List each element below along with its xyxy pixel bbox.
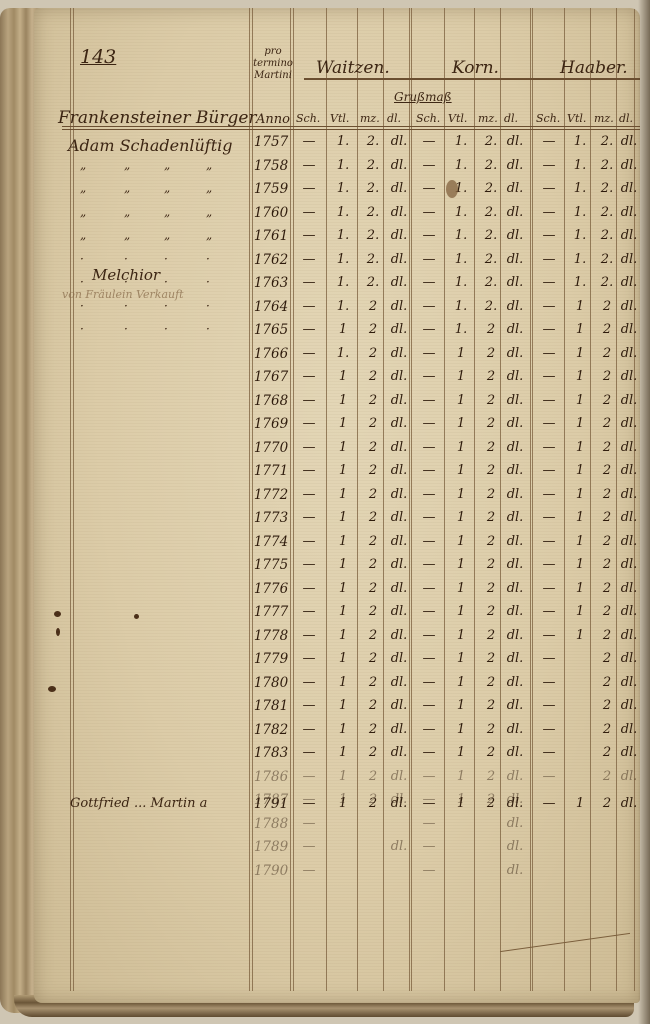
cell-k-1: 1.	[448, 299, 474, 314]
final-cell-w-0: —	[296, 796, 322, 811]
cell-k-1: 1	[448, 675, 474, 690]
cell-k-1: 1	[448, 745, 474, 760]
cell-w-2: 2	[360, 393, 386, 408]
cell-k-1: 1	[448, 346, 474, 361]
cell-w-3: dl.	[386, 534, 412, 549]
final-cell-h-0: —	[536, 796, 562, 811]
cell-h-0: —	[536, 651, 562, 666]
year-cell: 1771	[252, 463, 290, 479]
ledger-row: 1758—1.2.dl.—1.2.dl.—1.2.dl.	[34, 158, 640, 182]
cell-k-0: —	[416, 651, 442, 666]
cell-w-3: dl.	[386, 158, 412, 173]
cell-w-1: 1	[330, 416, 356, 431]
cell-w-0: —	[296, 228, 322, 243]
cell-k-0: —	[416, 722, 442, 737]
cell-h-1: 1	[567, 369, 593, 384]
cell-h-1: 1.	[567, 205, 593, 220]
final-cell-w-3: dl.	[386, 796, 412, 811]
cell-k-0: —	[416, 745, 442, 760]
cell-w-0: —	[296, 510, 322, 525]
cell-h-1: 1.	[567, 275, 593, 290]
cell-h-3: dl.	[616, 228, 640, 243]
cell-k-2: 2.	[478, 158, 504, 173]
stain	[446, 180, 458, 198]
cell-w-1: 1	[330, 769, 356, 784]
cell-w-1: 1	[330, 463, 356, 478]
cell-w-2: 2	[360, 346, 386, 361]
cell-w-0: —	[296, 416, 322, 431]
cell-w-0: —	[296, 557, 322, 572]
ink-blot	[48, 686, 56, 692]
cell-k-3: dl.	[502, 134, 528, 149]
cell-h-3: dl.	[616, 322, 640, 337]
cell-k-2: 2	[478, 557, 504, 572]
cell-w-0: —	[296, 463, 322, 478]
cell-w-2: 2	[360, 769, 386, 784]
cell-h-0: —	[536, 322, 562, 337]
cell-h-3: dl.	[616, 275, 640, 290]
cell-w-0: —	[296, 675, 322, 690]
cell-k-0: —	[416, 346, 442, 361]
cell-h-3: dl.	[616, 628, 640, 643]
cell-k-0: —	[416, 534, 442, 549]
cell-h-0: —	[536, 534, 562, 549]
cell-w-1: 1.	[330, 346, 356, 361]
cell-w-3: dl.	[386, 181, 412, 196]
ledger-row: 1759—1.2.dl.—1.2.dl.—1.2.dl.	[34, 181, 640, 205]
cell-w-0: —	[296, 651, 322, 666]
cell-h-3: dl.	[616, 134, 640, 149]
cell-w-3: dl.	[386, 745, 412, 760]
cell-k-1: 1	[448, 440, 474, 455]
cell-k-2: 2	[478, 346, 504, 361]
ledger-row: 1790——dl.	[34, 863, 640, 887]
cell-w-2: 2	[360, 557, 386, 572]
cell-w-3: dl.	[386, 463, 412, 478]
ledger-row: 1762—1.2.dl.—1.2.dl.—1.2.dl.	[34, 252, 640, 276]
cell-k-3: dl.	[502, 252, 528, 267]
cell-k-2: 2	[478, 769, 504, 784]
cell-k-1: 1	[448, 369, 474, 384]
cell-k-3: dl.	[502, 487, 528, 502]
final-cell-k-3: dl.	[502, 796, 528, 811]
cell-h-3: dl.	[616, 534, 640, 549]
cell-w-3: dl.	[386, 393, 412, 408]
subheader-underline	[62, 129, 640, 130]
cell-k-0: —	[416, 205, 442, 220]
cell-w-2: 2.	[360, 205, 386, 220]
ledger-row: 1767—12dl.—12dl.—12dl.	[34, 369, 640, 393]
cell-h-0: —	[536, 440, 562, 455]
cell-k-0: —	[416, 698, 442, 713]
cell-h-3: dl.	[616, 769, 640, 784]
cell-k-1: 1.	[448, 134, 474, 149]
cell-w-1: 1.	[330, 205, 356, 220]
ledger-row: 1775—12dl.—12dl.—12dl.	[34, 557, 640, 581]
cell-k-2: 2	[478, 463, 504, 478]
year-cell: 1763	[252, 275, 290, 291]
year-cell: 1759	[252, 181, 290, 197]
year-cell: 1780	[252, 675, 290, 691]
cell-h-1: 1.	[567, 158, 593, 173]
cell-w-3: dl.	[386, 510, 412, 525]
cell-h-0: —	[536, 745, 562, 760]
cell-k-0: —	[416, 322, 442, 337]
cell-h-0: —	[536, 181, 562, 196]
cell-w-2: 2	[360, 745, 386, 760]
cell-w-1: 1	[330, 628, 356, 643]
cell-h-0: —	[536, 722, 562, 737]
year-cell: 1773	[252, 510, 290, 526]
cell-k-2: 2.	[478, 299, 504, 314]
cell-k-0: —	[416, 299, 442, 314]
cell-h-3: dl.	[616, 698, 640, 713]
cell-k-2: 2	[478, 534, 504, 549]
cell-k-2: 2	[478, 745, 504, 760]
cell-k-2: 2.	[478, 228, 504, 243]
cell-h-0: —	[536, 769, 562, 784]
cell-h-1: 1	[567, 557, 593, 572]
cell-h-0: —	[536, 557, 562, 572]
ledger-row: 1781—12dl.—12dl.—2dl.	[34, 698, 640, 722]
ledger-row: 1774—12dl.—12dl.—12dl.	[34, 534, 640, 558]
cell-k-3: dl.	[502, 745, 528, 760]
year-cell: 1772	[252, 487, 290, 503]
cell-w-2: 2	[360, 463, 386, 478]
subcol-h-sch: Sch.	[536, 112, 560, 125]
cell-w-1: 1.	[330, 299, 356, 314]
year-cell: 1758	[252, 158, 290, 174]
cell-k-1: 1.	[448, 205, 474, 220]
cell-w-0: —	[296, 581, 322, 596]
cell-h-1: 1	[567, 510, 593, 525]
cell-w-3: dl.	[386, 604, 412, 619]
cell-k-0: —	[416, 604, 442, 619]
cell-w-2: 2	[360, 299, 386, 314]
cell-h-0: —	[536, 628, 562, 643]
cell-k-1: 1	[448, 534, 474, 549]
cell-h-1: 1	[567, 393, 593, 408]
cell-k-0: —	[416, 416, 442, 431]
cell-h-0: —	[536, 510, 562, 525]
year-cell: 1766	[252, 346, 290, 362]
cell-k-0: —	[416, 863, 442, 878]
ink-blot	[54, 611, 61, 617]
ledger-row: 1766—1.2dl.—12dl.—12dl.	[34, 346, 640, 370]
cell-w-2: 2.	[360, 275, 386, 290]
cell-k-2: 2	[478, 510, 504, 525]
ledger-row-final: 1791—12dl.—12dl.—12dl.	[34, 796, 640, 820]
ledger-row: 1789—dl.—dl.	[34, 839, 640, 863]
cell-h-0: —	[536, 604, 562, 619]
cell-k-0: —	[416, 393, 442, 408]
cell-k-2: 2.	[478, 275, 504, 290]
cell-k-0: —	[416, 181, 442, 196]
cell-w-3: dl.	[386, 322, 412, 337]
final-cell-h-1: 1	[567, 796, 593, 811]
measure-note: Grußmaß	[394, 90, 452, 104]
cell-w-1: 1.	[330, 134, 356, 149]
cell-w-0: —	[296, 322, 322, 337]
cell-w-3: dl.	[386, 275, 412, 290]
cell-w-2: 2	[360, 581, 386, 596]
cell-k-3: dl.	[502, 369, 528, 384]
final-cell-k-1: 1	[448, 796, 474, 811]
cell-k-1: 1.	[448, 252, 474, 267]
cell-k-0: —	[416, 228, 442, 243]
year-cell: 1764	[252, 299, 290, 315]
cell-w-0: —	[296, 745, 322, 760]
cell-h-3: dl.	[616, 604, 640, 619]
year-cell: 1782	[252, 722, 290, 738]
cell-k-2: 2	[478, 581, 504, 596]
cell-w-2: 2.	[360, 228, 386, 243]
group-header-wheat: Waitzen.	[316, 58, 390, 78]
ledger-row: 1779—12dl.—12dl.—2dl.	[34, 651, 640, 675]
cell-w-2: 2.	[360, 181, 386, 196]
cell-w-3: dl.	[386, 651, 412, 666]
cell-w-2: 2	[360, 534, 386, 549]
cell-k-1: 1	[448, 581, 474, 596]
cell-w-3: dl.	[386, 416, 412, 431]
ledger-row: 1769—12dl.—12dl.—12dl.	[34, 416, 640, 440]
cell-w-0: —	[296, 181, 322, 196]
cell-h-3: dl.	[616, 416, 640, 431]
cell-w-1: 1	[330, 534, 356, 549]
group-header-rye: Korn.	[452, 58, 499, 78]
cell-k-1: 1	[448, 557, 474, 572]
cell-k-2: 2	[478, 416, 504, 431]
cell-w-0: —	[296, 534, 322, 549]
year-cell: 1776	[252, 581, 290, 597]
cell-h-3: dl.	[616, 440, 640, 455]
cell-k-0: —	[416, 557, 442, 572]
subcol-k-vtl: Vtl.	[448, 112, 467, 125]
cell-h-1: 1	[567, 346, 593, 361]
year-cell: 1791	[252, 796, 290, 812]
cell-k-1: 1.	[448, 322, 474, 337]
subcol-k-dl: dl.	[504, 112, 518, 125]
cell-h-0: —	[536, 393, 562, 408]
cell-h-3: dl.	[616, 745, 640, 760]
cell-w-3: dl.	[386, 675, 412, 690]
cell-w-3: dl.	[386, 581, 412, 596]
final-cell-k-0: —	[416, 796, 442, 811]
cell-k-3: dl.	[502, 393, 528, 408]
cell-h-0: —	[536, 205, 562, 220]
cell-w-0: —	[296, 299, 322, 314]
ledger-row: 1772—12dl.—12dl.—12dl.	[34, 487, 640, 511]
cell-w-2: 2	[360, 369, 386, 384]
ink-blot	[56, 628, 60, 636]
cell-w-0: —	[296, 440, 322, 455]
cell-w-3: dl.	[386, 839, 412, 854]
cell-w-3: dl.	[386, 299, 412, 314]
cell-h-1: 1	[567, 416, 593, 431]
cell-h-3: dl.	[616, 675, 640, 690]
year-cell: 1778	[252, 628, 290, 644]
cell-k-1: 1	[448, 393, 474, 408]
year-cell: 1762	[252, 252, 290, 268]
final-cell-w-2: 2	[360, 796, 386, 811]
cell-w-1: 1.	[330, 252, 356, 267]
cell-k-2: 2	[478, 651, 504, 666]
cell-w-0: —	[296, 628, 322, 643]
cell-k-1: 1.	[448, 228, 474, 243]
subcol-w-mz: mz.	[360, 112, 380, 125]
cell-w-0: —	[296, 839, 322, 854]
subcol-k-sch: Sch.	[416, 112, 440, 125]
ledger-row: 1764—1.2dl.—1.2.dl.—12dl.	[34, 299, 640, 323]
cell-w-2: 2	[360, 651, 386, 666]
cell-k-3: dl.	[502, 839, 528, 854]
cell-w-2: 2	[360, 675, 386, 690]
cell-w-0: —	[296, 252, 322, 267]
year-cell: 1781	[252, 698, 290, 714]
year-cell: 1761	[252, 228, 290, 244]
cell-k-3: dl.	[502, 181, 528, 196]
cell-k-1: 1	[448, 698, 474, 713]
cell-w-2: 2.	[360, 158, 386, 173]
cell-k-3: dl.	[502, 228, 528, 243]
cell-k-3: dl.	[502, 416, 528, 431]
cell-w-1: 1.	[330, 228, 356, 243]
cell-k-1: 1	[448, 651, 474, 666]
cell-k-1: 1.	[448, 275, 474, 290]
cell-h-3: dl.	[616, 252, 640, 267]
cell-k-3: dl.	[502, 205, 528, 220]
cell-h-1: 1.	[567, 228, 593, 243]
cell-w-1: 1	[330, 604, 356, 619]
cell-h-0: —	[536, 252, 562, 267]
cell-w-0: —	[296, 205, 322, 220]
ledger-row: 1786—12dl.—12dl.—2dl.	[34, 769, 640, 793]
cell-w-1: 1	[330, 440, 356, 455]
cell-w-2: 2	[360, 487, 386, 502]
cell-h-3: dl.	[616, 369, 640, 384]
cell-w-2: 2	[360, 322, 386, 337]
cell-k-2: 2	[478, 698, 504, 713]
final-cell-h-3: dl.	[616, 796, 640, 811]
subcol-h-mz: mz.	[594, 112, 614, 125]
cell-w-0: —	[296, 134, 322, 149]
cell-h-1: 1	[567, 534, 593, 549]
cell-h-0: —	[536, 275, 562, 290]
cell-w-3: dl.	[386, 369, 412, 384]
final-cell-k-2: 2	[478, 796, 504, 811]
cell-k-2: 2	[478, 369, 504, 384]
cell-h-3: dl.	[616, 463, 640, 478]
cell-h-1: 1	[567, 604, 593, 619]
cell-w-0: —	[296, 604, 322, 619]
subcol-w-vtl: Vtl.	[330, 112, 349, 125]
cell-k-2: 2	[478, 487, 504, 502]
cell-k-0: —	[416, 769, 442, 784]
cell-w-2: 2	[360, 416, 386, 431]
cell-k-3: dl.	[502, 557, 528, 572]
ledger-row: 1771—12dl.—12dl.—12dl.	[34, 463, 640, 487]
cell-h-1: 1	[567, 628, 593, 643]
cell-h-3: dl.	[616, 393, 640, 408]
cell-k-0: —	[416, 463, 442, 478]
cell-w-0: —	[296, 275, 322, 290]
cell-w-0: —	[296, 393, 322, 408]
cell-w-2: 2	[360, 604, 386, 619]
cell-w-1: 1.	[330, 158, 356, 173]
cell-k-2: 2	[478, 675, 504, 690]
cell-h-1: 1	[567, 440, 593, 455]
cell-w-0: —	[296, 487, 322, 502]
subcol-k-mz: mz.	[478, 112, 498, 125]
cell-k-3: dl.	[502, 299, 528, 314]
cell-h-0: —	[536, 581, 562, 596]
cell-w-1: 1	[330, 722, 356, 737]
cell-w-1: 1	[330, 581, 356, 596]
cell-w-1: 1	[330, 369, 356, 384]
cell-k-0: —	[416, 487, 442, 502]
subcol-w-sch: Sch.	[296, 112, 320, 125]
cell-h-1: 1	[567, 581, 593, 596]
ledger-row: 1777—12dl.—12dl.—12dl.	[34, 604, 640, 628]
group-header-oats: Haaber.	[560, 58, 628, 78]
cell-k-0: —	[416, 134, 442, 149]
year-cell: 1777	[252, 604, 290, 620]
subcol-h-vtl: Vtl.	[567, 112, 586, 125]
cell-h-3: dl.	[616, 557, 640, 572]
cell-h-3: dl.	[616, 181, 640, 196]
cell-w-2: 2	[360, 722, 386, 737]
cell-k-2: 2	[478, 440, 504, 455]
cell-k-3: dl.	[502, 651, 528, 666]
cell-w-0: —	[296, 369, 322, 384]
cell-w-3: dl.	[386, 440, 412, 455]
cell-k-2: 2.	[478, 134, 504, 149]
cell-h-3: dl.	[616, 510, 640, 525]
cell-w-3: dl.	[386, 228, 412, 243]
cell-k-3: dl.	[502, 158, 528, 173]
cell-w-1: 1	[330, 557, 356, 572]
page-curl	[500, 933, 630, 992]
cell-w-1: 1	[330, 698, 356, 713]
cell-h-3: dl.	[616, 299, 640, 314]
group-header-underline	[304, 78, 640, 80]
year-cell: 1790	[252, 863, 290, 879]
cell-k-0: —	[416, 628, 442, 643]
page-number: 143	[80, 46, 116, 68]
cell-h-0: —	[536, 698, 562, 713]
cell-k-1: 1	[448, 769, 474, 784]
cell-w-2: 2	[360, 628, 386, 643]
cell-k-3: dl.	[502, 534, 528, 549]
cell-k-1: 1	[448, 463, 474, 478]
cell-k-0: —	[416, 510, 442, 525]
cell-w-2: 2.	[360, 252, 386, 267]
year-cell: 1760	[252, 205, 290, 221]
cell-k-0: —	[416, 581, 442, 596]
cell-k-3: dl.	[502, 581, 528, 596]
cell-k-3: dl.	[502, 769, 528, 784]
cell-k-2: 2	[478, 604, 504, 619]
cell-h-0: —	[536, 346, 562, 361]
ledger-row: 1763—1.2.dl.—1.2.dl.—1.2.dl.	[34, 275, 640, 299]
ledger-row: 1765—12dl.—1.2dl.—12dl.	[34, 322, 640, 346]
cell-w-1: 1	[330, 487, 356, 502]
cell-w-3: dl.	[386, 769, 412, 784]
cell-h-3: dl.	[616, 581, 640, 596]
cell-w-0: —	[296, 158, 322, 173]
cell-w-2: 2	[360, 510, 386, 525]
ledger-row: 1773—12dl.—12dl.—12dl.	[34, 510, 640, 534]
